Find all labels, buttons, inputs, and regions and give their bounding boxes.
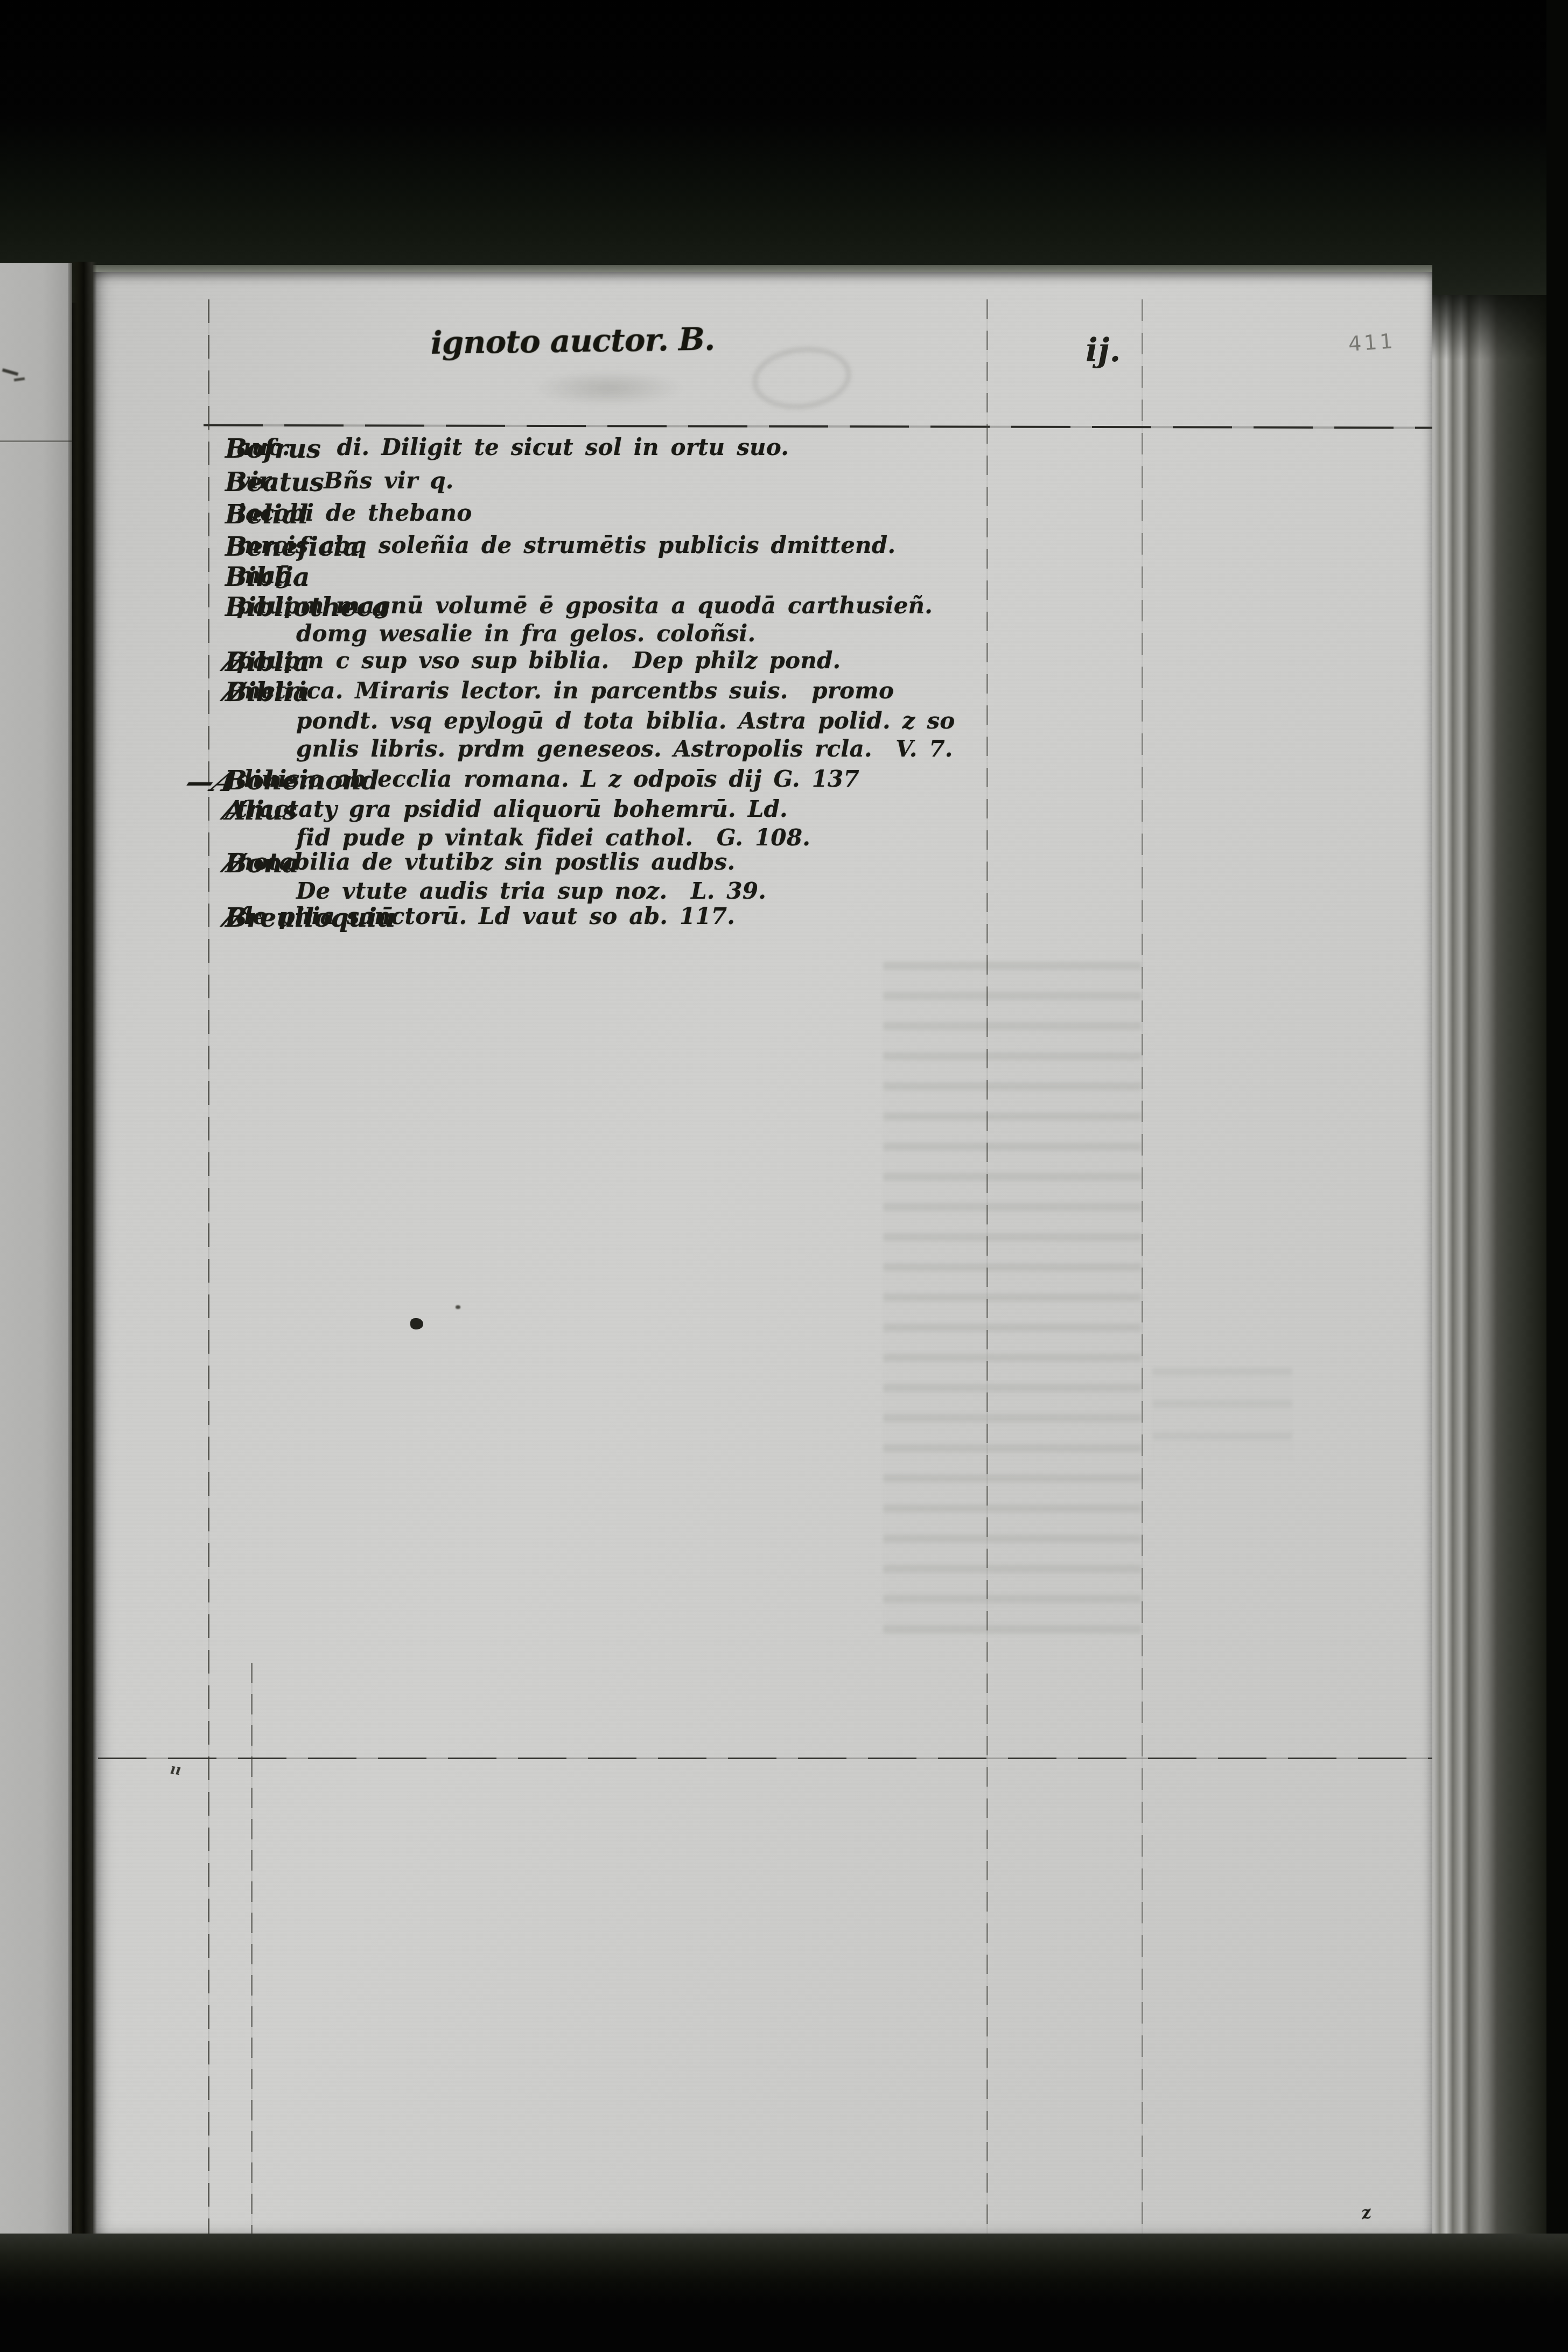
manuscript-photo: ignoto auctor. B. ij. 411 Bofrus auc. di… xyxy=(0,0,1568,2352)
entry-text: de phia sanctorū. Ld vaut so ab. 117. xyxy=(225,903,735,929)
entry-text: gnlis libris. prdm geneseos. Astropolis … xyxy=(296,736,953,762)
ink-blot xyxy=(410,1318,423,1329)
entry-text: mrcis abq soleñia de strumētis publicis … xyxy=(225,532,895,558)
entry-text: diuisio ab ecclia romana. L z odpoīs dij… xyxy=(225,766,859,792)
entry-text: maḡ. xyxy=(225,562,299,589)
entry-text: paupm c sup vso sup biblia. Dep philz po… xyxy=(225,647,841,674)
background-right-dark xyxy=(1546,0,1568,2352)
entry-text: domg wesalie in fra gelos. coloñsi. xyxy=(296,620,755,647)
entry-text: iacobi de thebano xyxy=(225,500,472,526)
entry-text: pondt. vsq epylogū d tota biblia. Astra … xyxy=(296,708,955,734)
entry-text: De vtute audis tria sup noz. L. 39. xyxy=(296,878,766,904)
background-bottom-dark xyxy=(0,2234,1568,2352)
entry-text: vir. Bñs vir q. xyxy=(225,467,454,494)
entry-text: notabilia de vtutibz sin postlis audbs. xyxy=(225,849,735,875)
entry-text: paupm magnū volumē ē gposita a quodā car… xyxy=(225,592,933,619)
entry-text: metrica. Miraris lector. in parcentbs su… xyxy=(225,677,894,704)
ink-speck xyxy=(456,1305,460,1309)
entry-text: tractaty gra psidid aliquorū bohemrū. Ld… xyxy=(225,796,788,822)
entry-text: auc. di. Diligit te sicut sol in ortu su… xyxy=(225,434,789,460)
entry-list: Bofrus auc. di. Diligit te sicut sol in … xyxy=(0,0,1568,2352)
entry-text: fid pude p vintak fidei cathol. G. 108. xyxy=(296,824,810,851)
